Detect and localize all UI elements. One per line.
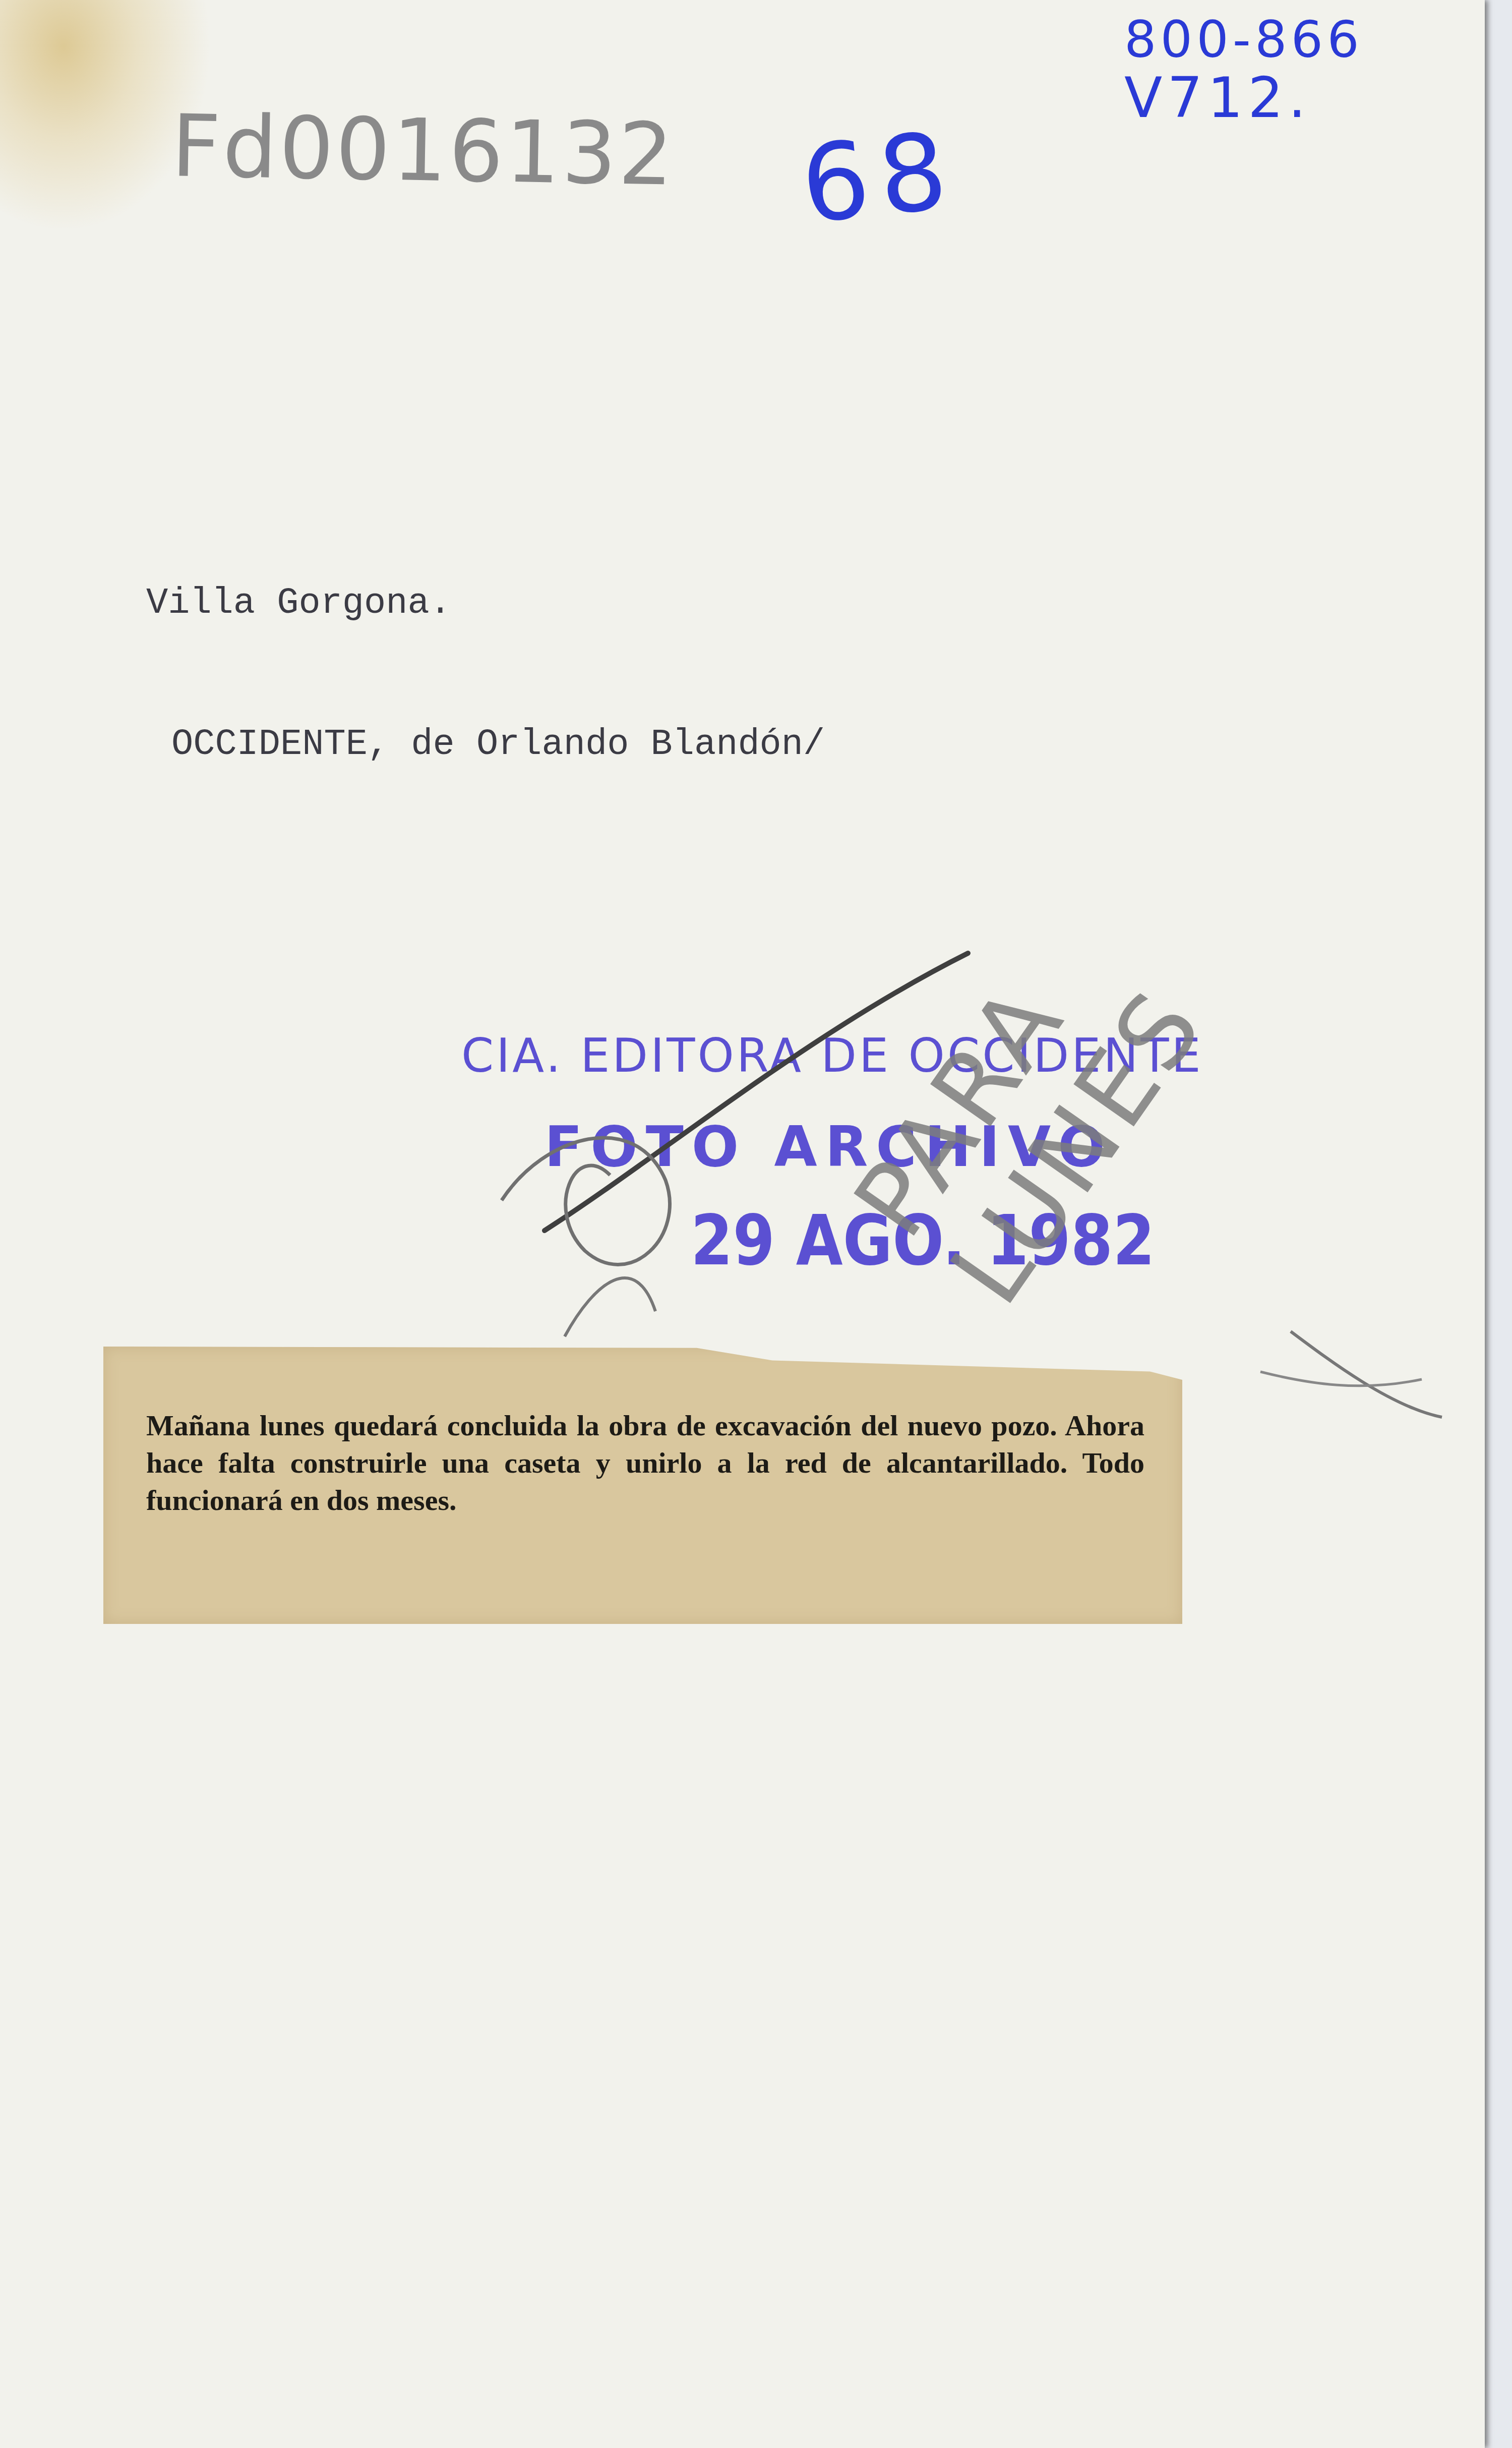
blue-ink-number: 68	[796, 108, 962, 248]
archive-card: Fd0016132 68 800-866 V712. Villa Gorgona…	[0, 0, 1485, 2448]
newspaper-clipping: Mañana lunes quedará concluida la obra d…	[103, 1347, 1182, 1624]
blue-ink-reference-line2: V712.	[1124, 66, 1311, 130]
pencil-catalog-number: Fd0016132	[170, 96, 676, 205]
clipping-caption: Mañana lunes quedará concluida la obra d…	[146, 1407, 1144, 1519]
typed-location: Villa Gorgona.	[146, 582, 451, 624]
typed-credit: OCCIDENTE, de Orlando Blandón/	[171, 724, 825, 765]
blue-ink-reference-line1: 800-866	[1124, 10, 1363, 69]
